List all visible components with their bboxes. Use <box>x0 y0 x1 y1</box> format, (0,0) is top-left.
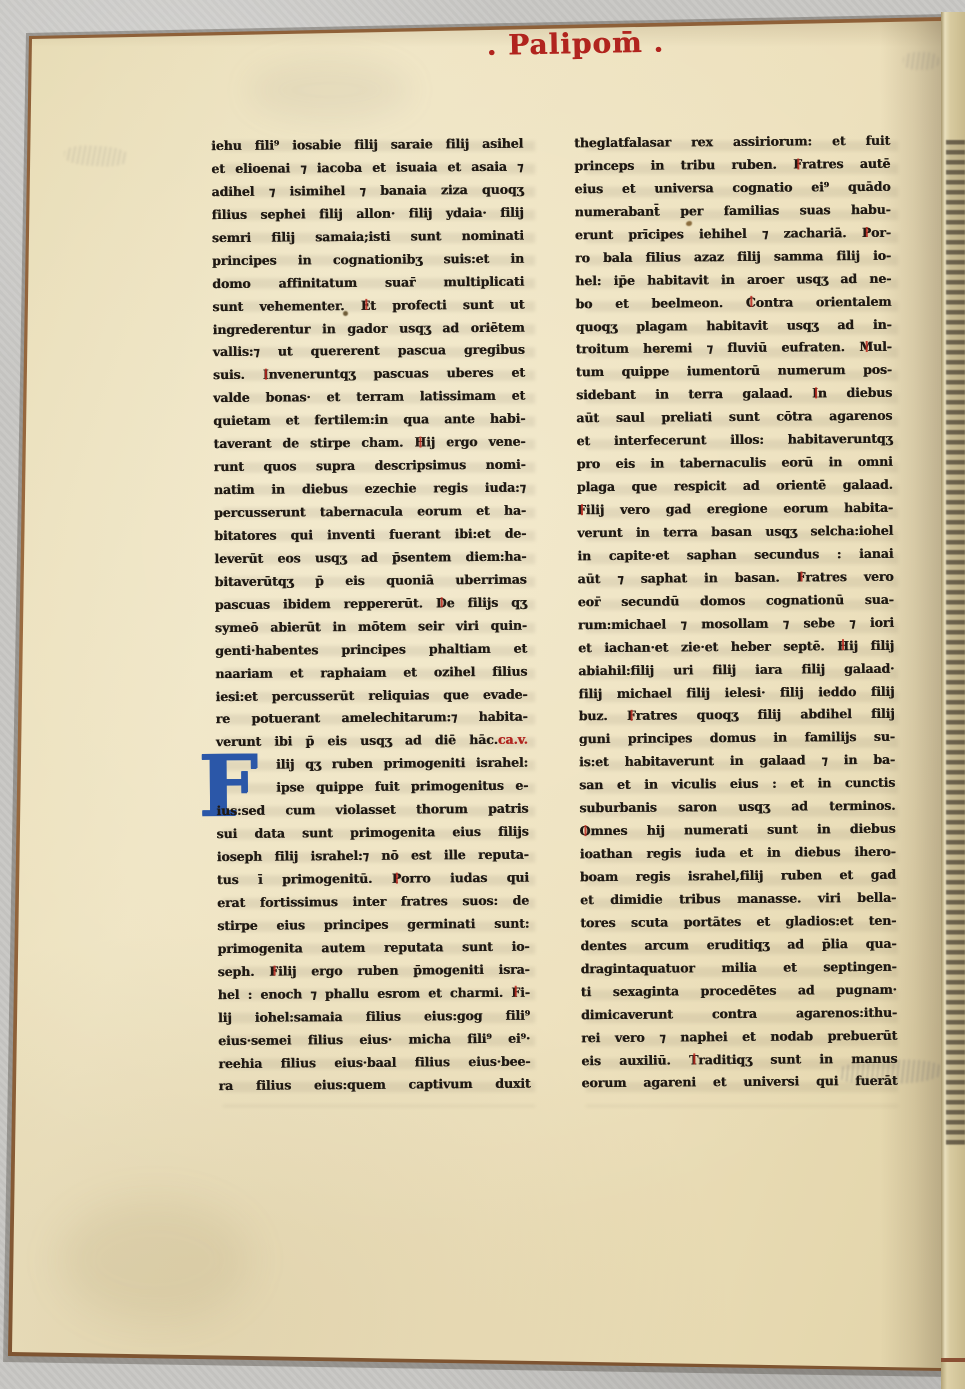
text-line: rum:michael ⁊ mosollam ⁊ sebe ⁊ iori <box>578 611 894 636</box>
rubricated-capital: P <box>392 871 401 886</box>
text-line: san et in viculis eius : et in cunctis <box>579 772 895 797</box>
text-line: boam regis israhel,filij ruben et gad <box>580 864 896 889</box>
text-line: ilij qʒ ruben primogeniti israhel: <box>216 752 528 777</box>
rubricated-capital: D <box>436 595 447 610</box>
text-line: filius sephei filij allon· filij ydaia· … <box>212 201 524 226</box>
text-line: eius·semei filius eius· micha fili⁹ ei⁹· <box>218 1027 530 1052</box>
text-line: pro eis in tabernaculis eorū in omni <box>577 451 893 476</box>
text-line: verunt in terra basan usqʒ selcha:iohel <box>577 520 893 545</box>
text-line: primogenita autem reputata sunt io- <box>217 935 529 960</box>
text-line: iehu fili⁹ iosabie filij saraie filij as… <box>211 133 523 158</box>
text-line: iesi:et percusserūt reliquias que evade- <box>215 683 527 708</box>
rubricated-capital: C <box>746 294 756 309</box>
text-line: in capite·et saphan secundus : ianai <box>577 543 893 568</box>
text-line: symeō abierūt in mōtem seir viri quin- <box>215 614 527 639</box>
text-line: runt quos supra descripsimus nomi- <box>214 454 526 479</box>
rubricated-capital: M <box>859 339 873 354</box>
text-line: Filij vero gad eregione eorum habita- <box>577 497 893 522</box>
text-line: theglatfalasar rex assiriorum: et fuit <box>574 130 890 155</box>
text-line: ti sexaginta procedētes ad pugnam· <box>581 978 897 1003</box>
text-line: bitaverūtqʒ p̄ eis quoniā uberrimas <box>214 568 526 593</box>
text-line: aūt ⁊ saphat in basan. Fratres vero <box>577 566 893 591</box>
text-line: abiahil:filij uri filij iara filij galaa… <box>578 657 894 682</box>
rubricated-capital: E <box>361 297 371 312</box>
rubricated-capital: I <box>263 367 269 382</box>
text-line: eius et universa cognatio ei⁹ quādo <box>574 176 890 201</box>
text-line: et iachan·et zie·et heber septē. Hij fil… <box>578 634 894 659</box>
text-line: filij michael filij ielesi· filij ieddo … <box>578 680 894 705</box>
text-line: seph. Filij ergo ruben p̄mogeniti isra- <box>218 958 530 983</box>
text-line: hel : enoch ⁊ phallu esrom et charmi. Fi… <box>218 981 530 1006</box>
text-line: ipse quippe fuit primogenitus e- <box>216 775 528 800</box>
text-line: ioathan regis iuda et in diebus ihero- <box>580 841 896 866</box>
text-line: sidebant in terra galaad. In diebus <box>576 382 892 407</box>
text-line: ioseph filij israhel:⁊ nō est ille reput… <box>217 844 529 869</box>
text-line: suis. Inveneruntqʒ pascuas uberes et <box>213 362 525 387</box>
text-line: domo affinitatum suar̄ multiplicati <box>212 270 524 295</box>
text-line: ra filius eius:quem captivum duxit <box>218 1073 530 1098</box>
rubricated-capital: F <box>796 569 805 584</box>
text-line: reehia filius eius·baal filius eius·bee- <box>218 1050 530 1075</box>
text-line: erunt prīcipes iehihel ⁊ zachariā. Por- <box>575 222 891 247</box>
next-page-edge <box>941 12 965 1389</box>
lower-leaf-edge <box>941 1362 965 1389</box>
text-line: et elioenai ⁊ iacoba et isuaia et asaia … <box>211 156 523 181</box>
rubricated-capital: F <box>793 156 802 171</box>
text-line: tus ī primogenitū. Porro iudas qui <box>217 867 529 892</box>
text-line: natim in diebus ezechie regis iuda:⁊ <box>214 477 526 502</box>
text-line: buz. Fratres quoqʒ filij abdihel filij <box>579 703 895 728</box>
text-line: et interfecerunt illos: habitaveruntqʒ <box>576 428 892 453</box>
chapter-marker: ca.v. <box>498 732 528 747</box>
rubricated-capital: H <box>837 638 849 653</box>
text-line: ingrederentur in gador usqʒ ad oriētem <box>212 316 524 341</box>
rubricated-capital: F <box>577 502 586 517</box>
text-line: tores scuta portātes et gladios:et ten- <box>580 910 896 935</box>
text-line: troitum heremi ⁊ fluviū eufraten. Mul- <box>576 336 892 361</box>
text-line: bo et beelmeon. Contra orientalem <box>575 290 891 315</box>
text-line: eis auxiliū. Traditiqʒ sunt in manus <box>581 1047 897 1072</box>
text-line: eorum agareni et universi qui fuerāt <box>581 1070 897 1095</box>
text-line: ius:sed cum violasset thorum patris <box>216 798 528 823</box>
text-line: eor̄ secundū domos cognationū sua- <box>578 589 894 614</box>
text-line: quoqʒ plagam habitavit usqʒ ad in- <box>575 313 891 338</box>
text-line: lij iohel:samaia filius eius:gog fili⁹ <box>218 1004 530 1029</box>
rubricated-capital: O <box>579 823 590 838</box>
rubricated-capital: F <box>627 708 636 723</box>
text-line: sui data sunt primogenita eius filijs <box>216 821 528 846</box>
text-line: suburbanis saron usqʒ ad terminos. <box>579 795 895 820</box>
text-line: princeps in tribu ruben. Fratres autē <box>574 153 890 178</box>
text-line: sunt vehementer. Et profecti sunt ut <box>212 293 524 318</box>
text-line: leverūt eos usqʒ ad p̄sentem diem:ha- <box>214 546 526 571</box>
text-line: semri filij samaia;isti sunt nominati <box>212 224 524 249</box>
next-page-text-edge <box>946 140 965 1145</box>
rubricated-capital: F <box>269 963 278 978</box>
text-line: re potuerant amelechitarum:⁊ habita- <box>216 706 528 731</box>
text-line: naariam et raphaiam et ozihel filius <box>215 660 527 685</box>
text-line: principes in cognationibʒ suis:et in <box>212 247 524 272</box>
text-line: pascuas ibidem reppererūt. De filijs qʒ <box>215 591 527 616</box>
text-line: numerabant̄ per familias suas habu- <box>575 199 891 224</box>
text-line: percusserunt tabernacula eorum et ha- <box>214 500 526 525</box>
text-line: et dimidie tribus manasse. viri bella- <box>580 887 896 912</box>
text-line: Omnes hij numerati sunt in diebus <box>579 818 895 843</box>
text-line: dentes arcum eruditiqʒ ad p̄lia qua- <box>580 933 896 958</box>
text-line: aūt saul preliati sunt cōtra agarenos <box>576 405 892 430</box>
text-line: hel: ip̄e habitavit in aroer usqʒ ad ne- <box>575 267 891 292</box>
text-block: . Palipom̄ . F iehu fili⁹ iosabie filij … <box>0 0 965 1389</box>
text-line: valde bonas· et terram latissimam et <box>213 385 525 410</box>
text-line: erat fortissimus inter fratres suos: de <box>217 890 529 915</box>
parchment-page: . Palipom̄ . F iehu fili⁹ iosabie filij … <box>0 0 965 1389</box>
text-line: genti·habentes principes phaltiam et <box>215 637 527 662</box>
text-line: plaga que respicit ad orientē galaad. <box>577 474 893 499</box>
text-line: is:et habitaverunt in galaad ⁊ in ba- <box>579 749 895 774</box>
text-line: bitatores qui inventi fuerant ibi:et de- <box>214 523 526 548</box>
rubricated-capital: H <box>414 435 426 450</box>
text-column-left: iehu fili⁹ iosabie filij saraie filij as… <box>211 133 531 1099</box>
text-line: vallis:⁊ ut quererent pascua gregibus <box>213 339 525 364</box>
rubricated-capital: T <box>689 1052 698 1067</box>
text-line: guni principes domus in familijs su- <box>579 726 895 751</box>
rubricated-capital: P <box>862 225 871 240</box>
text-line: taverant de stirpe cham. Hij ergo vene- <box>213 431 525 456</box>
text-line: quietam et fertilem:in qua ante habi- <box>213 408 525 433</box>
text-column-right: theglatfalasar rex assiriorum: et fuitpr… <box>574 130 898 1096</box>
text-line: dragintaquatuor milia et septingen- <box>581 955 897 980</box>
text-line: ro bala filius azaz filij samma filij io… <box>575 244 891 269</box>
text-line: stirpe eius principes germinati sunt: <box>217 912 529 937</box>
text-line: rei vero ⁊ naphei et nodab prebuerūt <box>581 1024 897 1049</box>
text-line: adihel ⁊ isimihel ⁊ banaia ziza quoqʒ <box>211 179 523 204</box>
text-line: verunt ibi p̄ eis usqʒ ad diē hāc.ca.v. <box>216 729 528 754</box>
text-line: dimicaverunt contra agarenos:ithu- <box>581 1001 897 1026</box>
rubricated-capital: I <box>812 386 818 401</box>
rubricated-capital: F <box>511 984 520 999</box>
text-line: tum quippe iumentorū numerum pos- <box>576 359 892 384</box>
